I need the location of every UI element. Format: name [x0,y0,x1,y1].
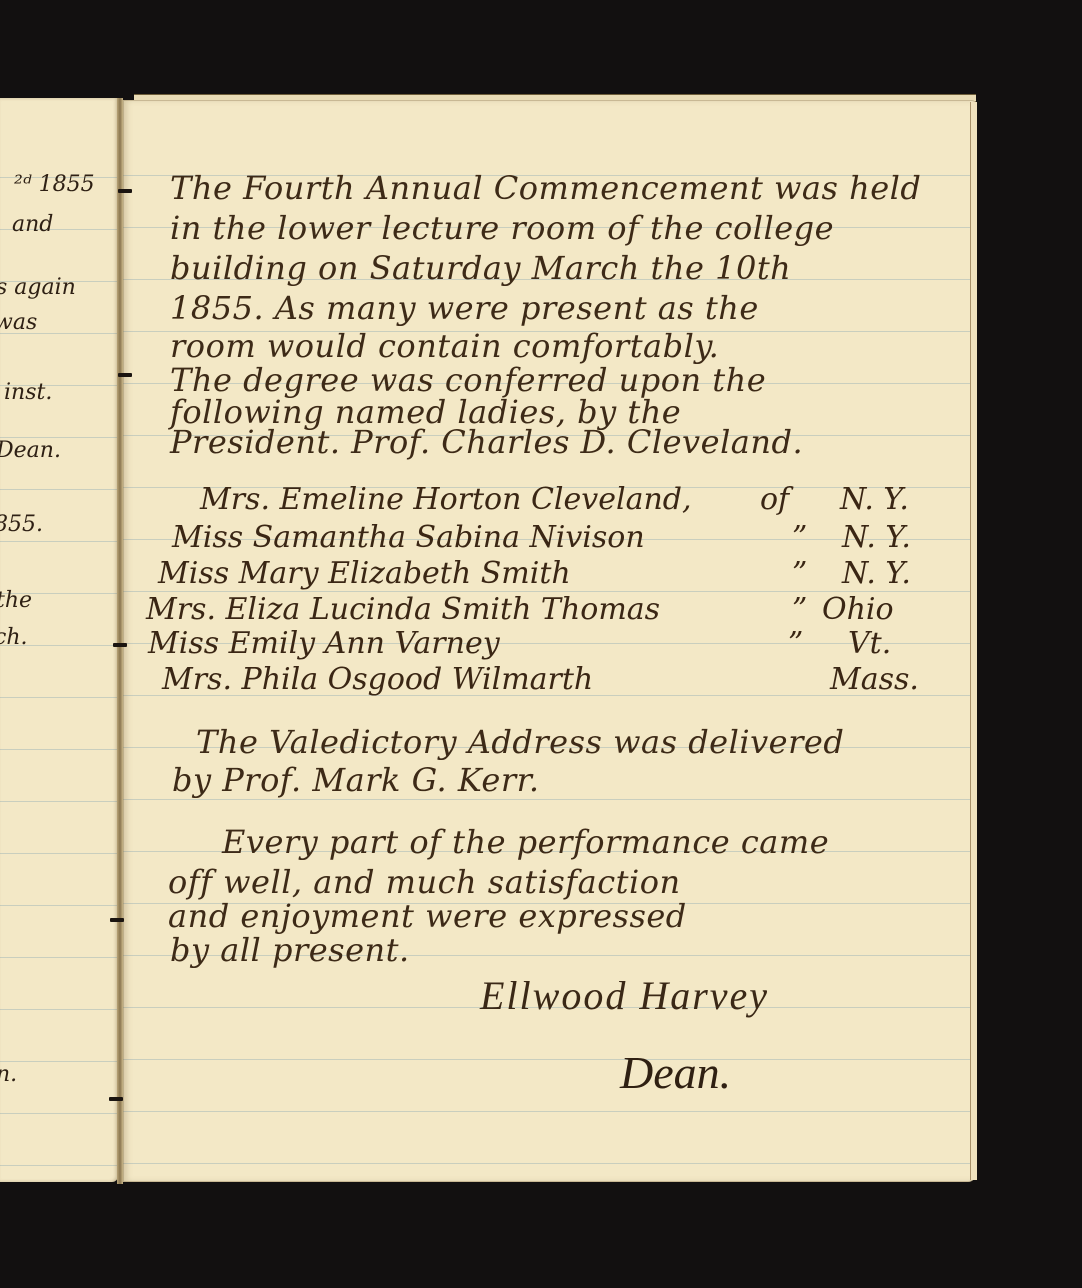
graduate-row: Mrs. Phila Osgood Wilmarth Mass. [162,662,962,702]
paragraph-1-line: The Fourth Annual Commencement was held [170,168,921,208]
binding-stitch [110,918,124,922]
graduate-ditto: ” [792,592,807,627]
graduate-name: Mrs. Emeline Horton Cleveland, [200,482,692,517]
graduate-row: Miss Mary Elizabeth Smith ” N. Y. [158,556,958,596]
graduate-row: Mrs. Emeline Horton Cleveland, of N. Y. [200,482,1000,522]
graduate-state: N. Y. [840,482,909,517]
signature-title: Dean. [620,1046,731,1099]
graduate-name: Mrs. Eliza Lucinda Smith Thomas [146,592,660,627]
binding-stitch [113,643,127,647]
graduate-ditto: ” [788,626,803,661]
left-fragment: the [0,588,32,613]
left-fragment: 855. [0,512,43,537]
paragraph-3-line: by all present. [170,930,410,970]
graduate-row: Miss Samantha Sabina Nivison ” N. Y. [172,520,972,560]
paragraph-1-line: President. Prof. Charles D. Cleveland. [170,422,803,462]
paragraph-3-line: Every part of the performance came [222,822,829,862]
graduate-from: of [760,482,789,517]
left-fragment: ch. [0,625,27,650]
page-right-edge [970,102,977,1180]
left-fragment: Dean. [0,438,61,463]
left-fragment: s again [0,275,76,300]
signature-name: Ellwood Harvey [480,972,769,1019]
paragraph-1-line: 1855. As many were present as the [170,288,759,328]
graduate-ditto: ” [792,556,807,591]
graduate-state: N. Y. [842,556,911,591]
paragraph-2-line: The Valedictory Address was delivered [196,722,844,762]
left-fragment: and [12,212,53,237]
paragraph-2-line: by Prof. Mark G. Kerr. [172,760,540,800]
graduate-state: Mass. [830,662,919,697]
binding-stitch [118,189,132,193]
left-fragment: was [0,310,37,335]
binding-stitch [109,1097,123,1101]
graduate-name: Miss Samantha Sabina Nivison [172,520,645,555]
paragraph-1-line: building on Saturday March the 10th [170,248,791,288]
binding-stitch [118,373,132,377]
graduate-name: Miss Emily Ann Varney [148,626,500,661]
paragraph-1-line: in the lower lecture room of the college [170,208,834,248]
graduate-state: Vt. [848,626,891,661]
graduate-name: Miss Mary Elizabeth Smith [158,556,571,591]
graduate-state: Ohio [822,592,894,627]
left-fragment: n. [0,1062,17,1087]
graduate-state: N. Y. [842,520,911,555]
graduate-row: Miss Emily Ann Varney ” Vt. [148,626,948,666]
left-fragment: ²ᵈ 1855 [14,172,95,197]
left-fragment: inst. [4,380,52,405]
graduate-ditto: ” [792,520,807,555]
graduate-name: Mrs. Phila Osgood Wilmarth [162,662,593,697]
